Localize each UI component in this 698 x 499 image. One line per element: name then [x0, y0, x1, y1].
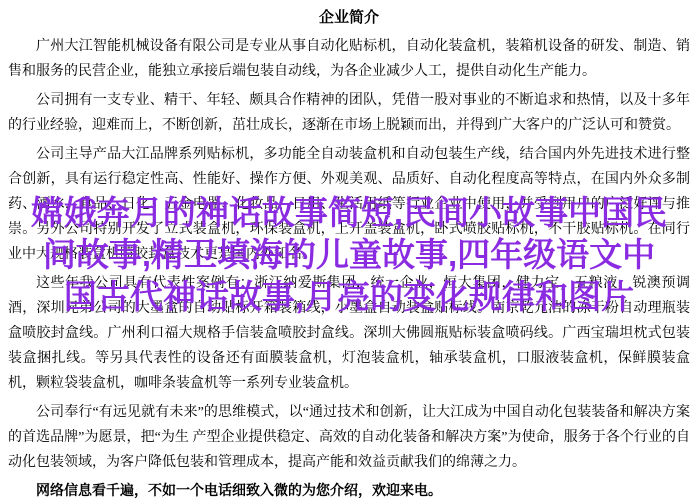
paragraph-vision-mission: 公司奉行“有远见就有未来”的思维模式，以“通过技术和创新，让大江成为中国自动化包… — [8, 400, 690, 475]
company-profile-document: 企业简介 广州大江智能机械设备有限公司是专业从事自动化贴标机，自动化装盒机，装箱… — [0, 0, 698, 499]
paragraph-products: 公司主导产品大江品牌系列贴标机，多功能全自动装盒机和自动包装生产线，结合国内外先… — [8, 142, 690, 267]
paragraph-team: 公司拥有一支专业、精干、年轻、颇具合作精神的团队，凭借一股对事业的不断追求和热情… — [8, 88, 690, 138]
page-title: 企业简介 — [8, 6, 690, 30]
closing-line: 网络信息看千遍，不如一个电话细致入微的为您介绍，欢迎来电。 — [8, 479, 690, 499]
paragraph-company-intro: 广州大江智能机械设备有限公司是专业从事自动化贴标机，自动化装盒机，装箱机设备的研… — [8, 34, 690, 84]
paragraph-case-studies: 这些年我公司具有代表性案例有：浙江纳爱斯集团，统一企业，恒大集团，健力宝，五粮液… — [8, 271, 690, 396]
